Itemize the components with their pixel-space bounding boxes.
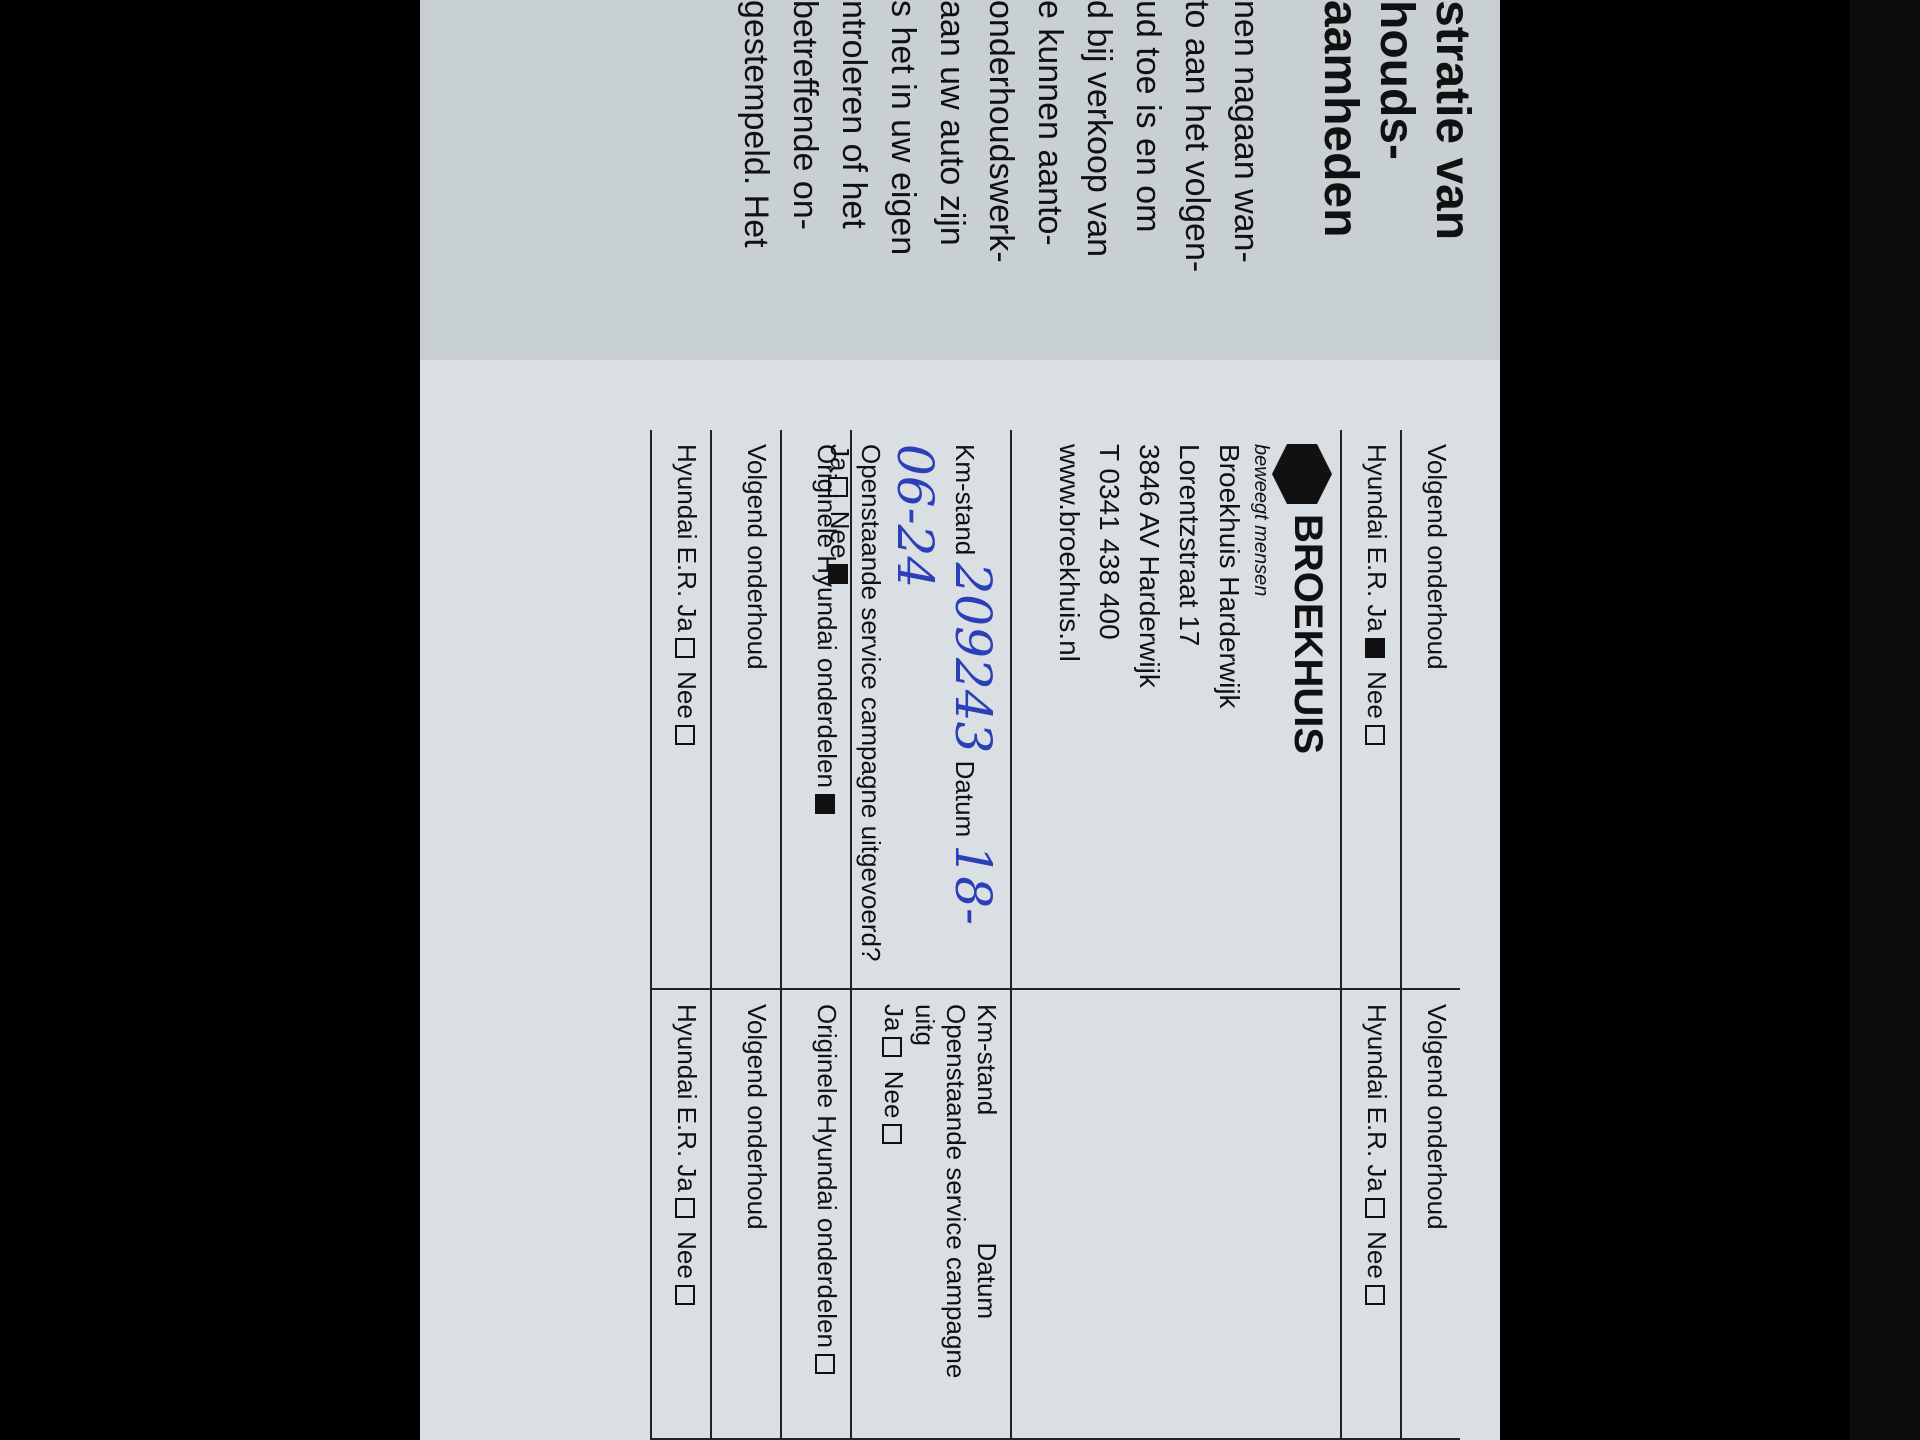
next-er-ja-checkbox[interactable]: [675, 638, 695, 658]
intro-body-line: onderhoudswerk-: [976, 0, 1025, 272]
intro-body-line: to aan het volgen-: [1172, 0, 1221, 272]
entry1-parts: Originele Hyundai onderdelen: [780, 430, 850, 990]
parts-checkbox[interactable]: [815, 1354, 835, 1374]
entry1-next: Volgend onderhoud: [710, 430, 780, 990]
entry2-km-datum: Km-stand Datum Openstaande service campa…: [850, 990, 1010, 1440]
header-label: Volgend onderhoud: [1422, 1004, 1452, 1230]
er-label: Hyundai E.R.: [1362, 444, 1392, 597]
broekhuis-logo-icon: [1272, 444, 1332, 504]
nee-label: Nee: [879, 1071, 909, 1119]
datum-label: Datum: [950, 761, 980, 838]
datum-label: Datum: [972, 1243, 1002, 1320]
intro-body-line: ntroleren of het: [829, 0, 878, 272]
intro-title: stratie van houds- aamheden: [1312, 0, 1480, 240]
parts-label: Originele Hyundai onderdelen: [812, 444, 842, 788]
intro-body-line: ud toe is en om: [1123, 0, 1172, 272]
er-nee-checkbox[interactable]: [1365, 1285, 1385, 1305]
entry2-next-er: Hyundai E.R. Ja Nee: [650, 990, 710, 1440]
header-label: Volgend onderhoud: [1422, 444, 1452, 670]
stamp-line: www.broekhuis.nl: [1049, 444, 1089, 974]
ja-label: Ja: [672, 604, 702, 631]
intro-body-line: s het in uw eigen: [878, 0, 927, 272]
ja-label: Ja: [1362, 604, 1392, 631]
ja-label: Ja: [672, 1164, 702, 1191]
stamp-line: Broekhuis Harderwijk: [1209, 444, 1249, 974]
campaign-nee-checkbox[interactable]: [882, 1124, 902, 1144]
er-nee-checkbox[interactable]: [1365, 725, 1385, 745]
er-label: Hyundai E.R.: [1362, 1004, 1392, 1157]
er-ja-checkbox[interactable]: [1365, 638, 1385, 658]
intro-body-line: e kunnen aanto-: [1025, 0, 1074, 272]
entry1-header: Volgend onderhoud: [1400, 430, 1460, 990]
entry1-km-datum: Km-stand 209243 Datum 18-06-24 Openstaan…: [850, 430, 1010, 990]
nee-label: Nee: [1362, 671, 1392, 719]
campaign-label: Openstaande service campagne uitgevoerd?: [856, 444, 886, 961]
entry2-stamp-area: [1010, 990, 1340, 1440]
intro-body-line: betreffende on-: [780, 0, 829, 272]
km-label: Km-stand: [972, 1004, 1002, 1115]
intro-body-line: d bij verkoop van: [1074, 0, 1123, 272]
entry1-next-er: Hyundai E.R. Ja Nee: [650, 430, 710, 990]
intro-body-line: aan uw auto zijn: [927, 0, 976, 272]
nee-label: Nee: [672, 671, 702, 719]
nee-label: Nee: [1362, 1231, 1392, 1279]
nee-label: Nee: [672, 1231, 702, 1279]
ja-label: Ja: [1362, 1164, 1392, 1191]
entry2-parts: Originele Hyundai onderdelen: [780, 990, 850, 1440]
intro-body-line: gestempeld. Het: [731, 0, 780, 272]
background-shadow: [1850, 0, 1920, 1440]
title-line: stratie van: [1424, 0, 1480, 240]
ja-label: Ja: [879, 1004, 909, 1031]
next-label: Volgend onderhoud: [742, 1004, 772, 1230]
intro-body: nen nagaan wan-to aan het volgen-ud toe …: [731, 0, 1270, 272]
stamp-line: Lorentzstraat 17: [1169, 444, 1209, 974]
entry2-header: Volgend onderhoud: [1400, 990, 1460, 1440]
er-ja-checkbox[interactable]: [1365, 1198, 1385, 1218]
entry1-er-row: Hyundai E.R. Ja Nee: [1340, 430, 1400, 990]
title-line: aamheden: [1312, 0, 1368, 240]
intro-section: stratie van houds- aamheden nen nagaan w…: [420, 0, 1500, 360]
intro-body-line: nen nagaan wan-: [1221, 0, 1270, 272]
campaign-ja-checkbox[interactable]: [882, 1037, 902, 1057]
entry2-er-row: Hyundai E.R. Ja Nee: [1340, 990, 1400, 1440]
next-er-nee-checkbox[interactable]: [675, 725, 695, 745]
stamp-line: 3846 AV Harderwijk: [1129, 444, 1169, 974]
dealer-stamp: BROEKHUIS beweegt mensen Broekhuis Harde…: [1010, 430, 1340, 990]
parts-checkbox[interactable]: [815, 794, 835, 814]
km-label: Km-stand: [950, 444, 980, 555]
next-er-ja-checkbox[interactable]: [675, 1198, 695, 1218]
next-label: Volgend onderhoud: [742, 444, 772, 670]
brand-name: BROEKHUIS: [1286, 514, 1330, 754]
service-booklet-page: stratie van houds- aamheden nen nagaan w…: [420, 0, 1500, 1440]
next-er-label: Hyundai E.R.: [672, 444, 702, 597]
title-line: houds-: [1368, 0, 1424, 240]
entry2-next: Volgend onderhoud: [710, 990, 780, 1440]
campaign-label: Openstaande service campagne uitg: [910, 1004, 971, 1378]
brand-tagline: beweegt mensen: [1249, 444, 1272, 974]
km-value: 209243: [944, 563, 1002, 754]
stamp-line: T 0341 438 400: [1089, 444, 1129, 974]
next-er-label: Hyundai E.R.: [672, 1004, 702, 1157]
next-er-nee-checkbox[interactable]: [675, 1285, 695, 1305]
parts-label: Originele Hyundai onderdelen: [812, 1004, 842, 1348]
